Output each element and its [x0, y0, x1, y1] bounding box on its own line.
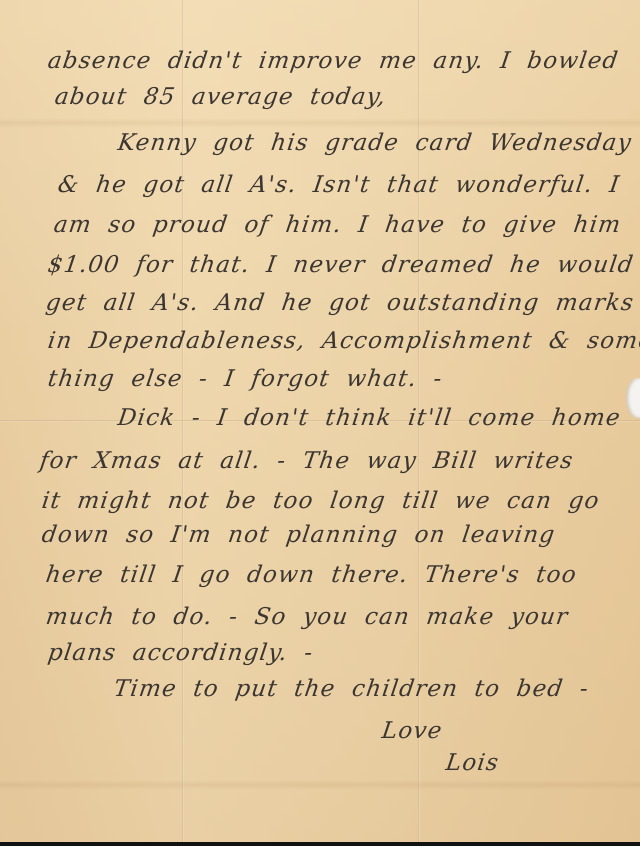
- letter-line: Dick - I don't think it'll come home: [116, 405, 622, 431]
- letter-line: here till I go down there. There's too: [44, 562, 579, 588]
- torn-edge: [626, 378, 640, 418]
- letter-signature: Lois: [444, 750, 501, 776]
- letter-line: plans accordingly. -: [46, 640, 315, 666]
- scan-edge: [0, 842, 640, 846]
- paper-crease: [0, 118, 640, 128]
- letter-line: $1.00 for that. I never dreamed he would: [46, 252, 635, 278]
- letter-line: Kenny got his grade card Wednesday: [116, 130, 633, 156]
- letter-line: absence didn't improve me any. I bowled: [46, 48, 620, 74]
- letter-page: absence didn't improve me any. I bowled …: [0, 0, 640, 842]
- letter-line: much to do. - So you can make your: [44, 604, 570, 630]
- letter-line: it might not be too long till we can go: [40, 488, 601, 514]
- letter-line: about 85 average today,: [53, 84, 388, 110]
- letter-closing: Love: [380, 718, 444, 744]
- paper-crease: [0, 780, 640, 790]
- letter-line: for Xmas at all. - The way Bill writes: [38, 448, 575, 474]
- letter-line: & he got all A's. Isn't that wonderful. …: [56, 172, 622, 198]
- letter-line: down so I'm not planning on leaving: [40, 522, 557, 548]
- letter-line: thing else - I forgot what. -: [46, 366, 444, 392]
- letter-line: in Dependableness, Accomplishment & some…: [46, 328, 640, 354]
- letter-line: Time to put the children to bed -: [112, 676, 591, 702]
- letter-line: get all A's. And he got outstanding mark…: [44, 290, 636, 316]
- letter-line: am so proud of him. I have to give him: [52, 212, 623, 238]
